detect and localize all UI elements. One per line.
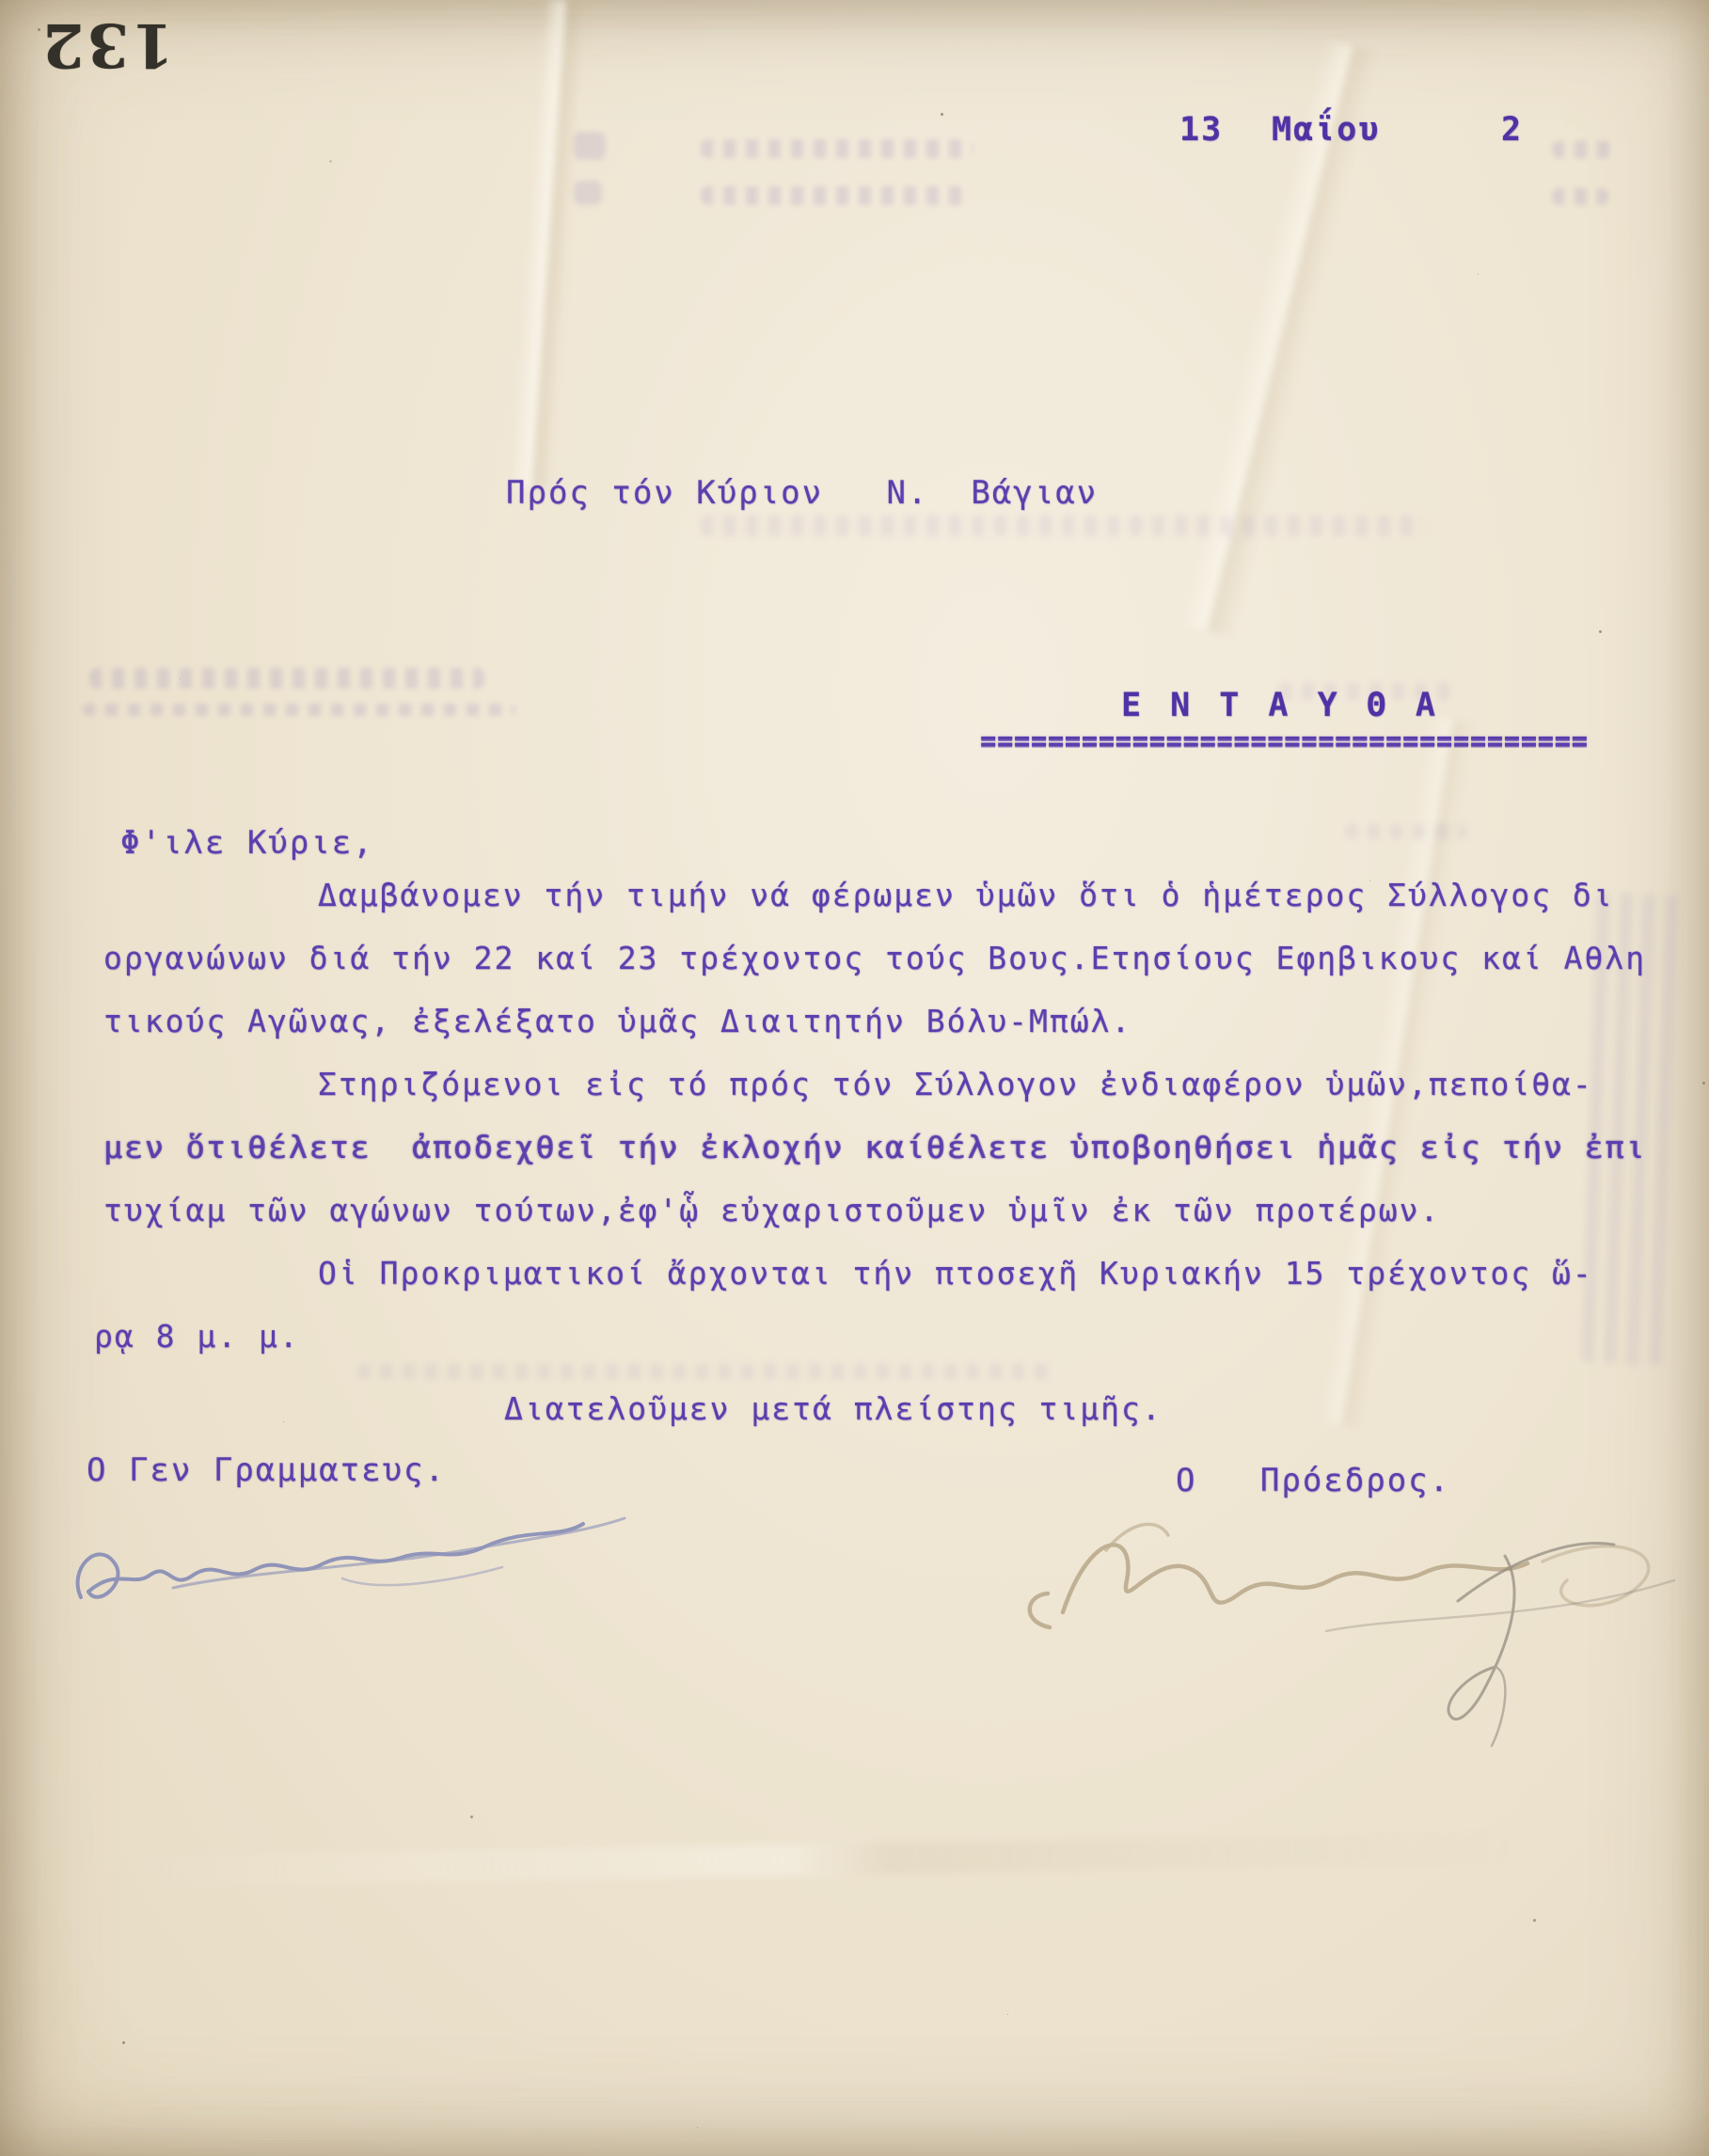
ghost-mark: [701, 515, 1425, 536]
body-line: οργανώνων διά τήν 22 καί 23 τρέχοντος το…: [103, 940, 1646, 976]
ghost-mark: [701, 139, 973, 158]
salutation: Φ'ιλε Κύριε,: [120, 824, 374, 862]
ghost-mark: [89, 668, 484, 689]
date-day: 13: [1179, 111, 1223, 149]
paper-crease: [113, 1831, 1524, 1888]
body-line: τυχίαμ τῶν αγώνων τούτων,ἐφ'ᾧ εὐχαριστοῦ…: [103, 1192, 1440, 1229]
closing-line: Διατελοῦμεν μετά πλείστης τιμῆς.: [504, 1390, 1163, 1427]
ghost-mark: [1552, 188, 1608, 205]
body-line: Δαμβάνομεν τήν τιμήν νά φέρωμεν ὑμῶν ὅτι…: [318, 877, 1614, 913]
ghost-mark: [574, 132, 606, 160]
ghost-mark: [1345, 824, 1467, 839]
ghost-mark: [83, 704, 515, 716]
secretary-signature: [60, 1477, 775, 1646]
president-signature: [1016, 1490, 1709, 1763]
body-line: Οἱ Προκριματικοί ἄρχονται τήν πτοσεχῆ Κυ…: [318, 1255, 1593, 1292]
archive-page-number: 132: [40, 9, 174, 80]
body-line: Στηριζόμενοι εἰς τό πρός τόν Σύλλογον ἐν…: [318, 1066, 1593, 1102]
body-line: μεν ὅτιθέλετε ἀποδεχθεῖ τήν ἐκλοχήν καίθ…: [103, 1129, 1646, 1165]
body-line: τικούς Αγῶνας, ἐξελέξατο ὑμᾶς Διαιτητήν …: [103, 1003, 1131, 1039]
recipient-line: Πρός τόν Κύριον Ν. Βάγιαν: [506, 474, 1098, 512]
date-month: Μαΐου: [1272, 111, 1380, 149]
ghost-mark: [701, 186, 964, 205]
ghost-mark: [574, 181, 602, 205]
heading-underline: ====================================: [980, 724, 1589, 756]
date-suffix: 2: [1501, 111, 1523, 149]
ghost-mark: [357, 1364, 1053, 1379]
ghost-mark: [1552, 141, 1614, 158]
paper-crease: [510, 0, 587, 490]
body-line: ρᾳ 8 μ. μ.: [94, 1318, 300, 1355]
letter-page: 132 13 Μαΐου 2 Πρός τόν Κύριον Ν. Βάγιαν…: [0, 0, 1709, 2156]
location-heading: Ε Ν Τ Α Υ Θ Α: [1121, 687, 1440, 724]
